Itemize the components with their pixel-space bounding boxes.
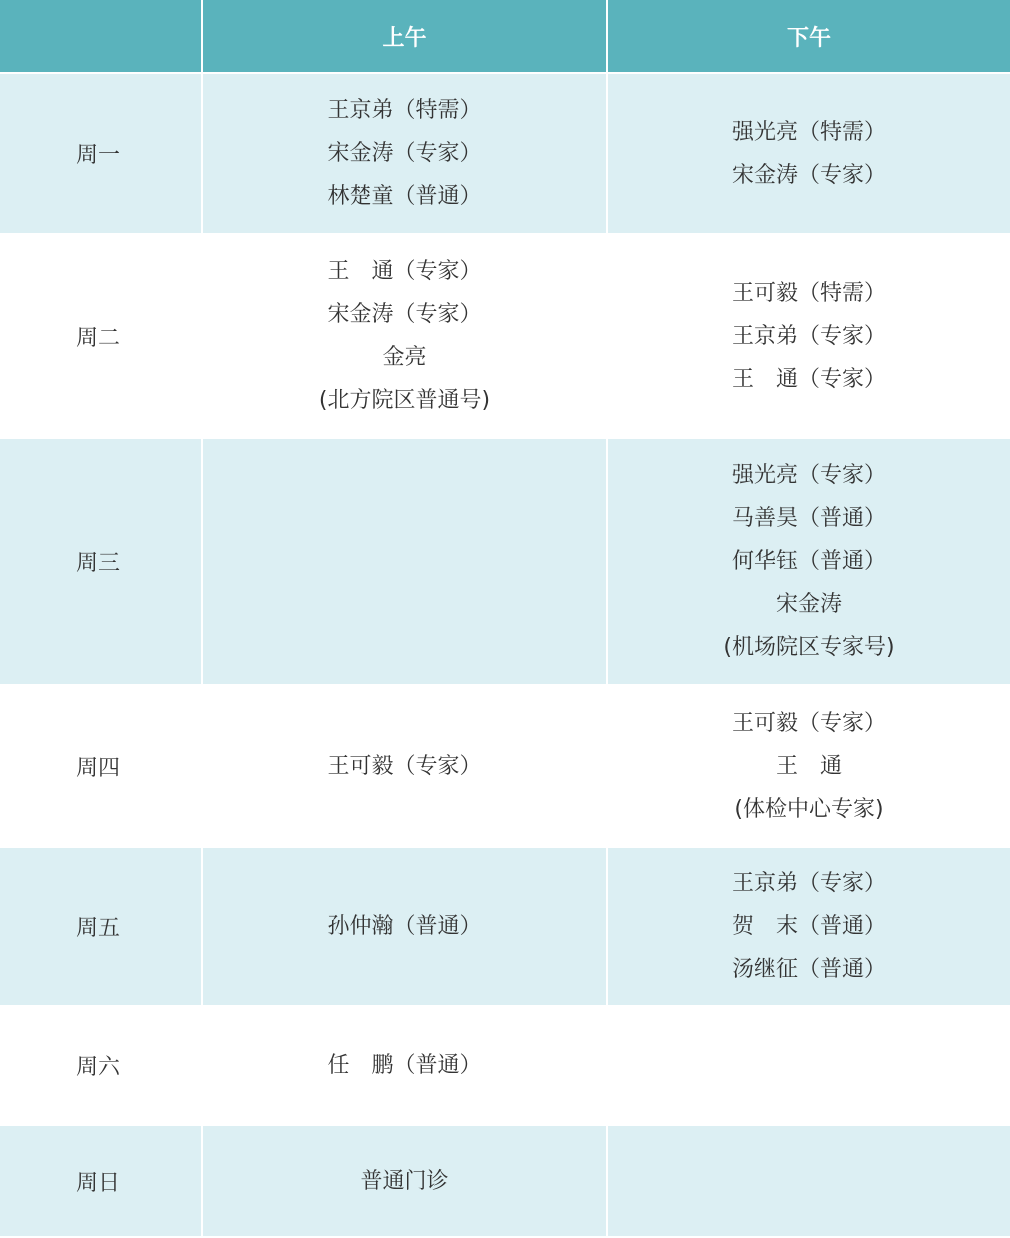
clinic-schedule-table: 上午 下午 周一 王京弟（特需） 宋金涛（专家） 林楚童（普通） 强光亮（特需）… — [0, 0, 1010, 1238]
row-sunday: 周日 普通门诊 — [0, 1125, 1010, 1237]
clinic-entry: 普通门诊 — [203, 1160, 606, 1203]
doctor-entry: 王京弟（专家） — [608, 315, 1010, 358]
afternoon-cell: 王可毅（专家） 王 通 (体检中心专家) — [607, 685, 1010, 847]
afternoon-cell: 强光亮（专家） 马善昊（普通） 何华钰（普通） 宋金涛 (机场院区专家号) — [607, 438, 1010, 685]
day-label: 周二 — [0, 234, 202, 438]
doctor-entry: 王 通（专家） — [608, 358, 1010, 401]
day-label: 周四 — [0, 685, 202, 847]
row-monday: 周一 王京弟（特需） 宋金涛（专家） 林楚童（普通） 强光亮（特需） 宋金涛（专… — [0, 73, 1010, 234]
morning-cell: 孙仲瀚（普通） — [202, 847, 607, 1006]
afternoon-cell: 王可毅（特需） 王京弟（专家） 王 通（专家） — [607, 234, 1010, 438]
doctor-entry: 宋金涛 — [608, 583, 1010, 626]
campus-note: (北方院区普通号) — [203, 379, 606, 422]
doctor-entry: 强光亮（特需） — [608, 111, 1010, 154]
day-label: 周三 — [0, 438, 202, 685]
day-label: 周五 — [0, 847, 202, 1006]
morning-cell — [202, 438, 607, 685]
morning-cell: 王京弟（特需） 宋金涛（专家） 林楚童（普通） — [202, 73, 607, 234]
doctor-entry: 马善昊（普通） — [608, 497, 1010, 540]
row-friday: 周五 孙仲瀚（普通） 王京弟（专家） 贺 末（普通） 汤继征（普通） — [0, 847, 1010, 1006]
row-thursday: 周四 王可毅（专家） 王可毅（专家） 王 通 (体检中心专家) — [0, 685, 1010, 847]
doctor-entry: 任 鹏（普通） — [203, 1044, 606, 1087]
morning-cell: 王 通（专家） 宋金涛（专家） 金亮 (北方院区普通号) — [202, 234, 607, 438]
doctor-entry: 王可毅（专家） — [203, 745, 606, 788]
day-label: 周日 — [0, 1125, 202, 1237]
doctor-entry: 强光亮（专家） — [608, 454, 1010, 497]
row-wednesday: 周三 强光亮（专家） 马善昊（普通） 何华钰（普通） 宋金涛 (机场院区专家号) — [0, 438, 1010, 685]
campus-note: (机场院区专家号) — [608, 626, 1010, 669]
header-morning: 上午 — [202, 0, 607, 73]
doctor-entry: 王可毅（专家） — [608, 702, 1010, 745]
doctor-entry: 王 通 — [608, 745, 1010, 788]
row-tuesday: 周二 王 通（专家） 宋金涛（专家） 金亮 (北方院区普通号) 王可毅（特需） … — [0, 234, 1010, 438]
doctor-entry: 林楚童（普通） — [203, 175, 606, 218]
day-label: 周一 — [0, 73, 202, 234]
doctor-entry: 王京弟（专家） — [608, 862, 1010, 905]
header-row: 上午 下午 — [0, 0, 1010, 73]
morning-cell: 普通门诊 — [202, 1125, 607, 1237]
doctor-entry: 宋金涛（专家） — [608, 154, 1010, 197]
doctor-entry: 王 通（专家） — [203, 250, 606, 293]
header-afternoon: 下午 — [607, 0, 1010, 73]
morning-cell: 任 鹏（普通） — [202, 1006, 607, 1125]
afternoon-cell: 强光亮（特需） 宋金涛（专家） — [607, 73, 1010, 234]
doctor-entry: 王可毅（特需） — [608, 272, 1010, 315]
doctor-entry: 贺 末（普通） — [608, 905, 1010, 948]
day-label: 周六 — [0, 1006, 202, 1125]
doctor-entry: 宋金涛（专家） — [203, 132, 606, 175]
header-day — [0, 0, 202, 73]
doctor-entry: 何华钰（普通） — [608, 540, 1010, 583]
doctor-entry: 孙仲瀚（普通） — [203, 905, 606, 948]
doctor-entry: 王京弟（特需） — [203, 89, 606, 132]
afternoon-cell — [607, 1125, 1010, 1237]
row-saturday: 周六 任 鹏（普通） — [0, 1006, 1010, 1125]
doctor-entry: 宋金涛（专家） — [203, 293, 606, 336]
doctor-entry: 金亮 — [203, 336, 606, 379]
doctor-entry: 汤继征（普通） — [608, 948, 1010, 991]
morning-cell: 王可毅（专家） — [202, 685, 607, 847]
afternoon-cell: 王京弟（专家） 贺 末（普通） 汤继征（普通） — [607, 847, 1010, 1006]
campus-note: (体检中心专家) — [608, 788, 1010, 831]
afternoon-cell — [607, 1006, 1010, 1125]
